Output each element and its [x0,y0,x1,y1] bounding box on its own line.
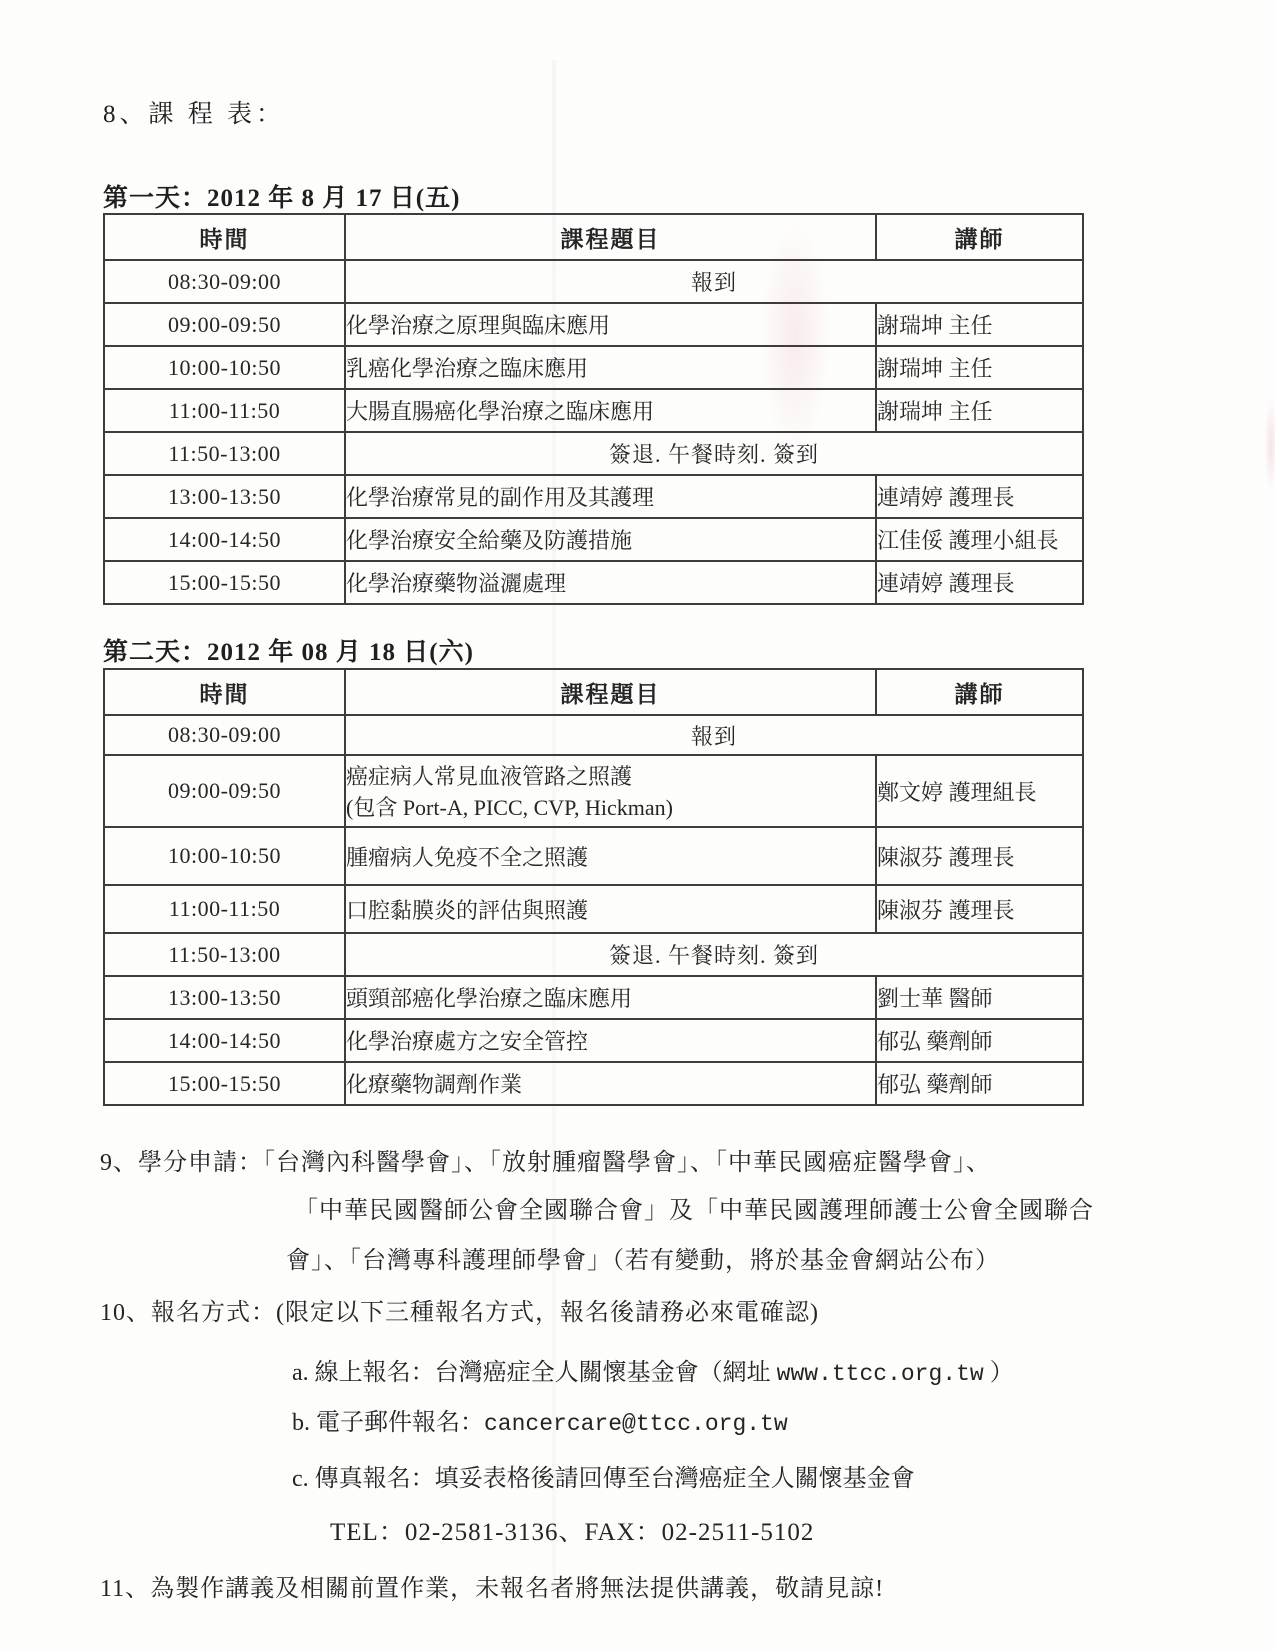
time-cell: 15:00-15:50 [104,561,345,604]
table-header-row: 時間 課程題目 講師 [104,669,1083,715]
column-header-lecturer: 講師 [876,214,1083,260]
table-row: 08:30-09:00 報到 [104,715,1083,755]
time-cell: 14:00-14:50 [104,1019,345,1062]
lecturer-cell: 郁弘 藥劑師 [876,1019,1083,1062]
course-title-cell: 化療藥物調劑作業 [345,1062,876,1105]
table-row: 10:00-10:50 腫瘤病人免疫不全之照護 陳淑芬 護理長 [104,827,1083,885]
course-title-cell: 乳癌化學治療之臨床應用 [345,346,876,389]
table-row: 08:30-09:00 報到 [104,260,1083,303]
time-cell: 11:50-13:00 [104,432,345,475]
lecturer-cell: 江佳俀 護理小組長 [876,518,1083,561]
lecturer-cell: 謝瑞坤 主任 [876,346,1083,389]
merged-cell: 簽退. 午餐時刻. 簽到 [345,432,1083,475]
table-row: 14:00-14:50 化學治療處方之安全管控 郁弘 藥劑師 [104,1019,1083,1062]
course-title-cell: 癌症病人常見血液管路之照護 (包含 Port-A, PICC, CVP, Hic… [345,755,876,827]
lecturer-cell: 郁弘 藥劑師 [876,1062,1083,1105]
table-row: 11:00-11:50 大腸直腸癌化學治療之臨床應用 謝瑞坤 主任 [104,389,1083,432]
table-row: 10:00-10:50 乳癌化學治療之臨床應用 謝瑞坤 主任 [104,346,1083,389]
lecturer-cell: 劉士華 醫師 [876,976,1083,1019]
table-row: 11:00-11:50 口腔黏膜炎的評估與照護 陳淑芬 護理長 [104,885,1083,933]
tel-fax-line: TEL：02-2581-3136、FAX：02-2511-5102 [330,1512,814,1548]
signup-option-fax: c. 傳真報名：填妥表格後請回傳至台灣癌症全人關懷基金會 [292,1458,915,1493]
lecturer-cell: 謝瑞坤 主任 [876,303,1083,346]
course-title-cell: 大腸直腸癌化學治療之臨床應用 [345,389,876,432]
time-cell: 11:50-13:00 [104,933,345,976]
course-title-cell: 化學治療處方之安全管控 [345,1019,876,1062]
column-header-time: 時間 [104,669,345,715]
table-header-row: 時間 課程題目 講師 [104,214,1083,260]
time-cell: 11:00-11:50 [104,389,345,432]
table-row: 15:00-15:50 化療藥物調劑作業 郁弘 藥劑師 [104,1062,1083,1105]
time-cell: 08:30-09:00 [104,260,345,303]
scanned-document-page: 8、課 程 表： 第一天：2012 年 8 月 17 日(五) 時間 課程題目 … [0,0,1275,1650]
table-row: 09:00-09:50 化學治療之原理與臨床應用 謝瑞坤 主任 [104,303,1083,346]
course-title-line1: 癌症病人常見血液管路之照護 [346,764,632,789]
section-11-note: 11、為製作講義及相關前置作業，未報名者將無法提供講義，敬請見諒! [100,1568,884,1603]
time-cell: 15:00-15:50 [104,1062,345,1105]
section-9-line2: 「中華民國醫師公會全國聯合會」及「中華民國護理師護士公會全國聯合 [294,1190,1094,1225]
merged-cell: 報到 [345,260,1083,303]
course-title-line2: (包含 Port-A, PICC, CVP, Hickman) [346,791,875,822]
course-title-cell: 化學治療之原理與臨床應用 [345,303,876,346]
signup-a-text: a. 線上報名：台灣癌症全人關懷基金會（網址 [292,1360,777,1386]
section-9-line3: 會」、「台灣專科護理師學會」（若有變動，將於基金會網站公布） [286,1240,1000,1275]
lecturer-cell: 陳淑芬 護理長 [876,827,1083,885]
lecturer-cell: 連靖婷 護理長 [876,561,1083,604]
day2-heading: 第二天：2012 年 08 月 18 日(六) [103,632,474,668]
time-cell: 10:00-10:50 [104,827,345,885]
column-header-title: 課程題目 [345,669,876,715]
schedule-table-day2: 時間 課程題目 講師 08:30-09:00 報到 09:00-09:50 癌症… [103,668,1084,1106]
course-title-cell: 腫瘤病人免疫不全之照護 [345,827,876,885]
table-row: 15:00-15:50 化學治療藥物溢灑處理 連靖婷 護理長 [104,561,1083,604]
time-cell: 09:00-09:50 [104,755,345,827]
column-header-title: 課程題目 [345,214,876,260]
signup-a-suffix: ） [984,1360,1014,1386]
lecturer-cell: 鄭文婷 護理組長 [876,755,1083,827]
course-title-cell: 化學治療藥物溢灑處理 [345,561,876,604]
signup-option-email: b. 電子郵件報名：cancercare@ttcc.org.tw [292,1402,788,1437]
merged-cell: 報到 [345,715,1083,755]
table-row: 14:00-14:50 化學治療安全給藥及防護措施 江佳俀 護理小組長 [104,518,1083,561]
time-cell: 13:00-13:50 [104,976,345,1019]
signup-b-text: b. 電子郵件報名： [292,1410,484,1436]
signup-option-online: a. 線上報名：台灣癌症全人關懷基金會（網址 www.ttcc.org.tw ） [292,1352,1014,1387]
time-cell: 08:30-09:00 [104,715,345,755]
course-title-cell: 頭頸部癌化學治療之臨床應用 [345,976,876,1019]
time-cell: 13:00-13:50 [104,475,345,518]
lecturer-cell: 連靖婷 護理長 [876,475,1083,518]
table-row: 09:00-09:50 癌症病人常見血液管路之照護 (包含 Port-A, PI… [104,755,1083,827]
scan-edge-mark [1265,400,1275,490]
time-cell: 10:00-10:50 [104,346,345,389]
lecturer-cell: 陳淑芬 護理長 [876,885,1083,933]
signup-email-address: cancercare@ttcc.org.tw [484,1411,788,1437]
table-row: 13:00-13:50 化學治療常見的副作用及其護理 連靖婷 護理長 [104,475,1083,518]
time-cell: 14:00-14:50 [104,518,345,561]
signup-website-url: www.ttcc.org.tw [777,1361,984,1387]
course-title-cell: 化學治療常見的副作用及其護理 [345,475,876,518]
column-header-time: 時間 [104,214,345,260]
day1-heading: 第一天：2012 年 8 月 17 日(五) [103,178,460,214]
section-8-heading: 8、課 程 表： [103,94,285,130]
course-title-cell: 化學治療安全給藥及防護措施 [345,518,876,561]
time-cell: 09:00-09:50 [104,303,345,346]
column-header-lecturer: 講師 [876,669,1083,715]
time-cell: 11:00-11:50 [104,885,345,933]
table-row: 11:50-13:00 簽退. 午餐時刻. 簽到 [104,933,1083,976]
schedule-table-day1: 時間 課程題目 講師 08:30-09:00 報到 09:00-09:50 化學… [103,213,1084,605]
merged-cell: 簽退. 午餐時刻. 簽到 [345,933,1083,976]
section-9-line1: 9、學分申請：「台灣內科醫學會」、「放射腫瘤醫學會」、「中華民國癌症醫學會」、 [100,1142,991,1177]
table-row: 13:00-13:50 頭頸部癌化學治療之臨床應用 劉士華 醫師 [104,976,1083,1019]
course-title-cell: 口腔黏膜炎的評估與照護 [345,885,876,933]
lecturer-cell: 謝瑞坤 主任 [876,389,1083,432]
table-row: 11:50-13:00 簽退. 午餐時刻. 簽到 [104,432,1083,475]
section-10-heading: 10、報名方式：(限定以下三種報名方式，報名後請務必來電確認) [100,1292,819,1327]
